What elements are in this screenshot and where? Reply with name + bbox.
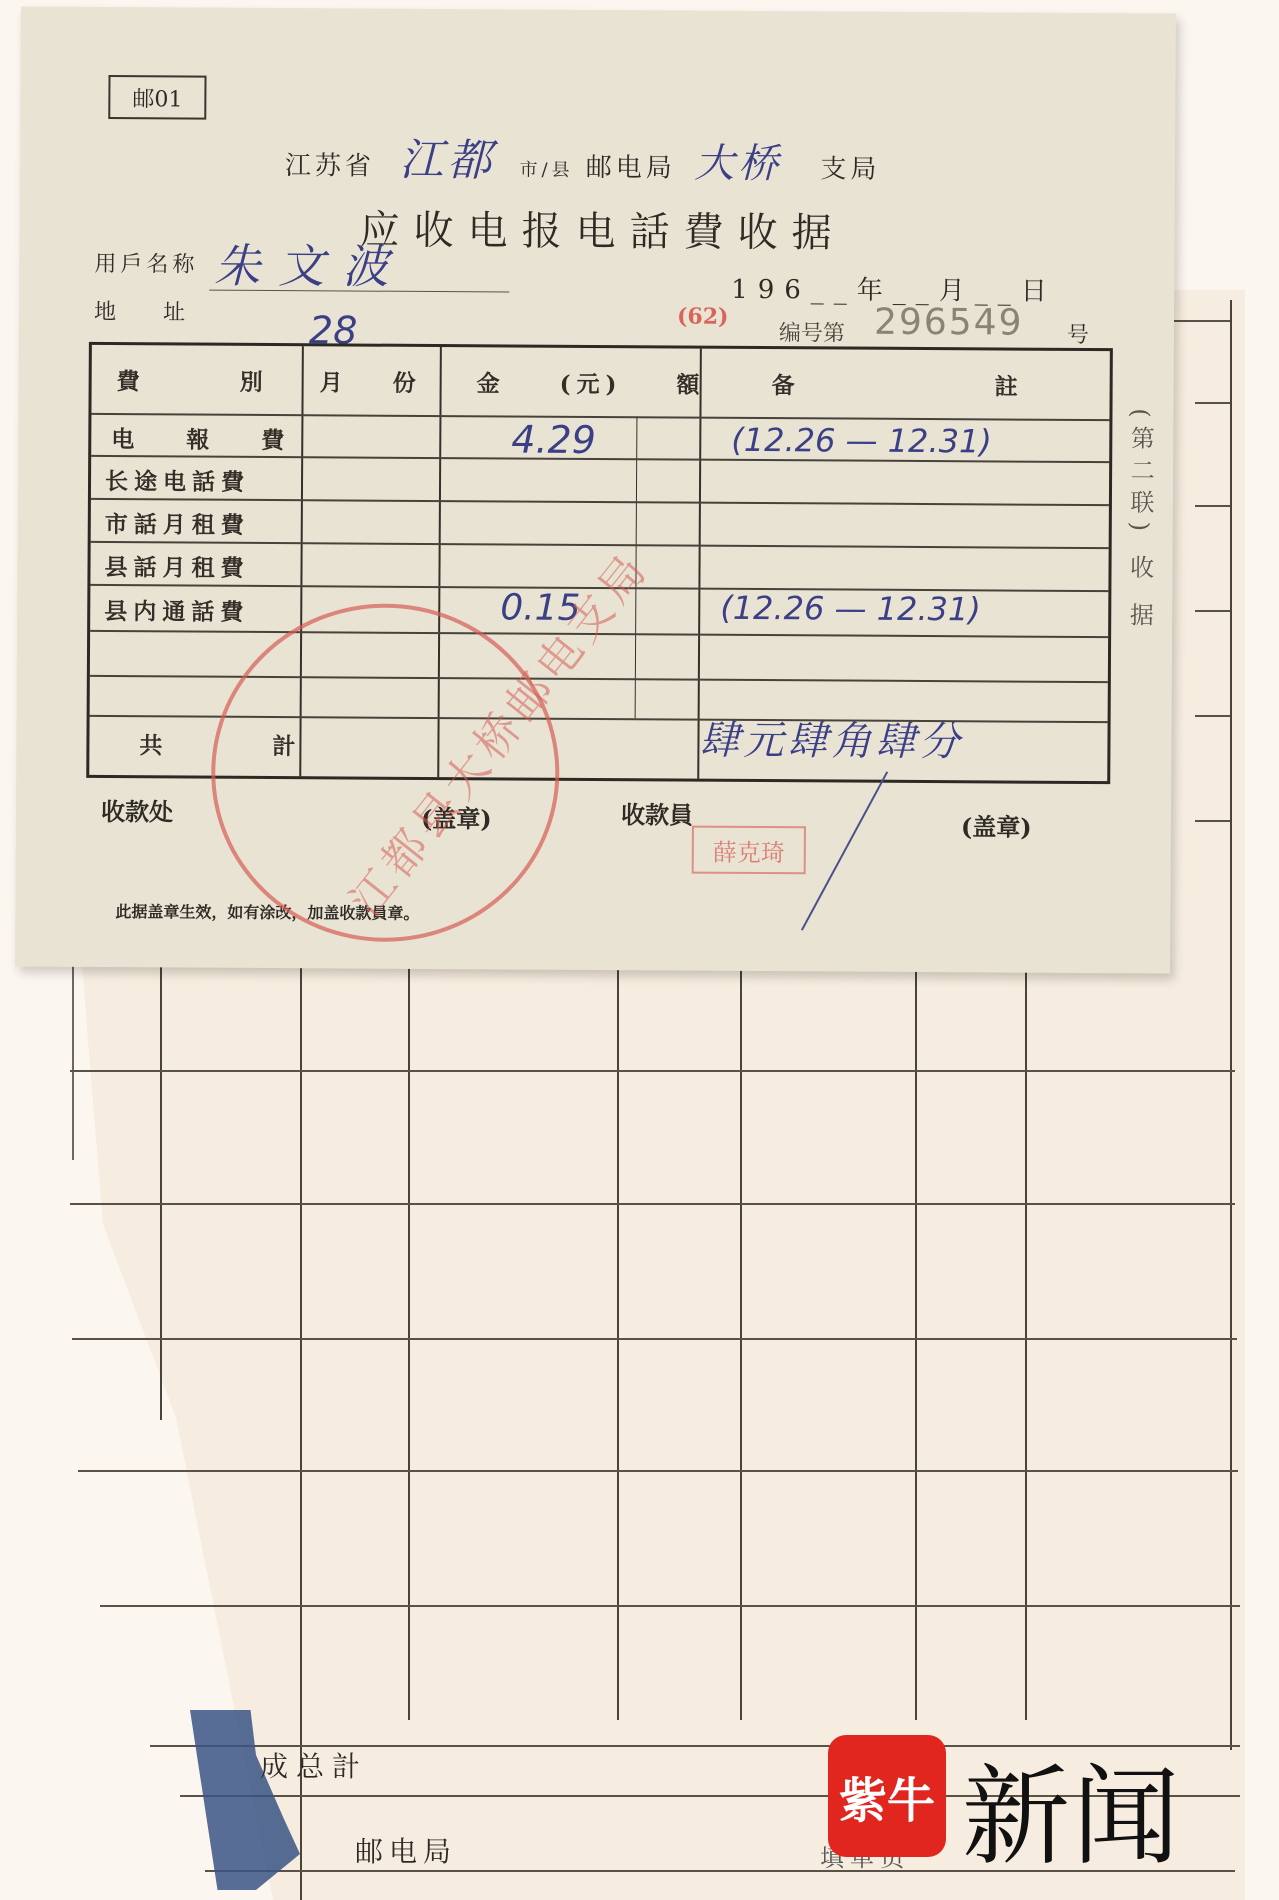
- total-handwritten: 肆元肆角肆分: [699, 709, 963, 768]
- receipt-title: 应收电报电話費收据: [359, 199, 845, 259]
- ledger-bureau-label: 邮电局: [355, 1830, 457, 1870]
- note-long-distance: (12.26 — 12.31): [731, 421, 992, 461]
- serial-suffix: 号: [1067, 318, 1089, 349]
- row-category: 市話月租費: [105, 506, 250, 540]
- copy-label: (第二联) 收 据: [1122, 408, 1158, 634]
- customer-name-label: 用戶名称: [94, 247, 198, 279]
- city-county-label: 市/县: [519, 160, 573, 181]
- header-month: 月 份: [320, 364, 422, 398]
- branch-handwritten: 大桥: [694, 141, 782, 188]
- header-category: 費 別: [117, 363, 269, 397]
- row-category: 长途电話費: [105, 463, 250, 497]
- header-amount: 金 (元) 額: [477, 365, 706, 399]
- note-county-calls: (12.26 — 12.31): [720, 589, 981, 629]
- cashier-seal: 薛克琦: [692, 826, 806, 875]
- pen-stroke: [801, 771, 888, 930]
- bureau-label: 邮电局: [586, 153, 676, 184]
- header-note: 备 註: [772, 367, 1024, 402]
- print-code: (62): [677, 303, 729, 329]
- county-handwritten: 江都: [399, 135, 495, 187]
- address-label: 地 址: [94, 295, 205, 327]
- serial-label: 编号第: [779, 316, 845, 347]
- customer-name-value: 朱文波: [214, 230, 406, 297]
- row-category: 县話月租費: [104, 549, 249, 583]
- seal-label-cashier: (盖章): [961, 807, 1032, 842]
- amount-long-distance: 4.29: [511, 417, 596, 462]
- brand-logo-icon: 紫牛: [828, 1735, 946, 1857]
- province: 江苏省: [285, 151, 375, 182]
- serial-number: 296549: [874, 302, 1024, 344]
- row-category: 电 報 費: [111, 421, 306, 455]
- cashier-label: 收款員: [621, 795, 693, 830]
- form-code: 邮01: [108, 75, 206, 120]
- brand-name: 新闻: [962, 1730, 1182, 1885]
- receipt: 邮01 江苏省 江都 市/县 邮电局 大桥 支局 应收电报电話費收据 用戶名称 …: [15, 6, 1176, 973]
- receipt-header: 江苏省 江都 市/县 邮电局 大桥 支局: [285, 123, 881, 191]
- row-category: 县内通話費: [104, 593, 249, 627]
- ledger-total-label: 成总計: [260, 1745, 368, 1785]
- payee-office-label: 收款处: [101, 792, 173, 827]
- branch-label: 支局: [820, 154, 880, 184]
